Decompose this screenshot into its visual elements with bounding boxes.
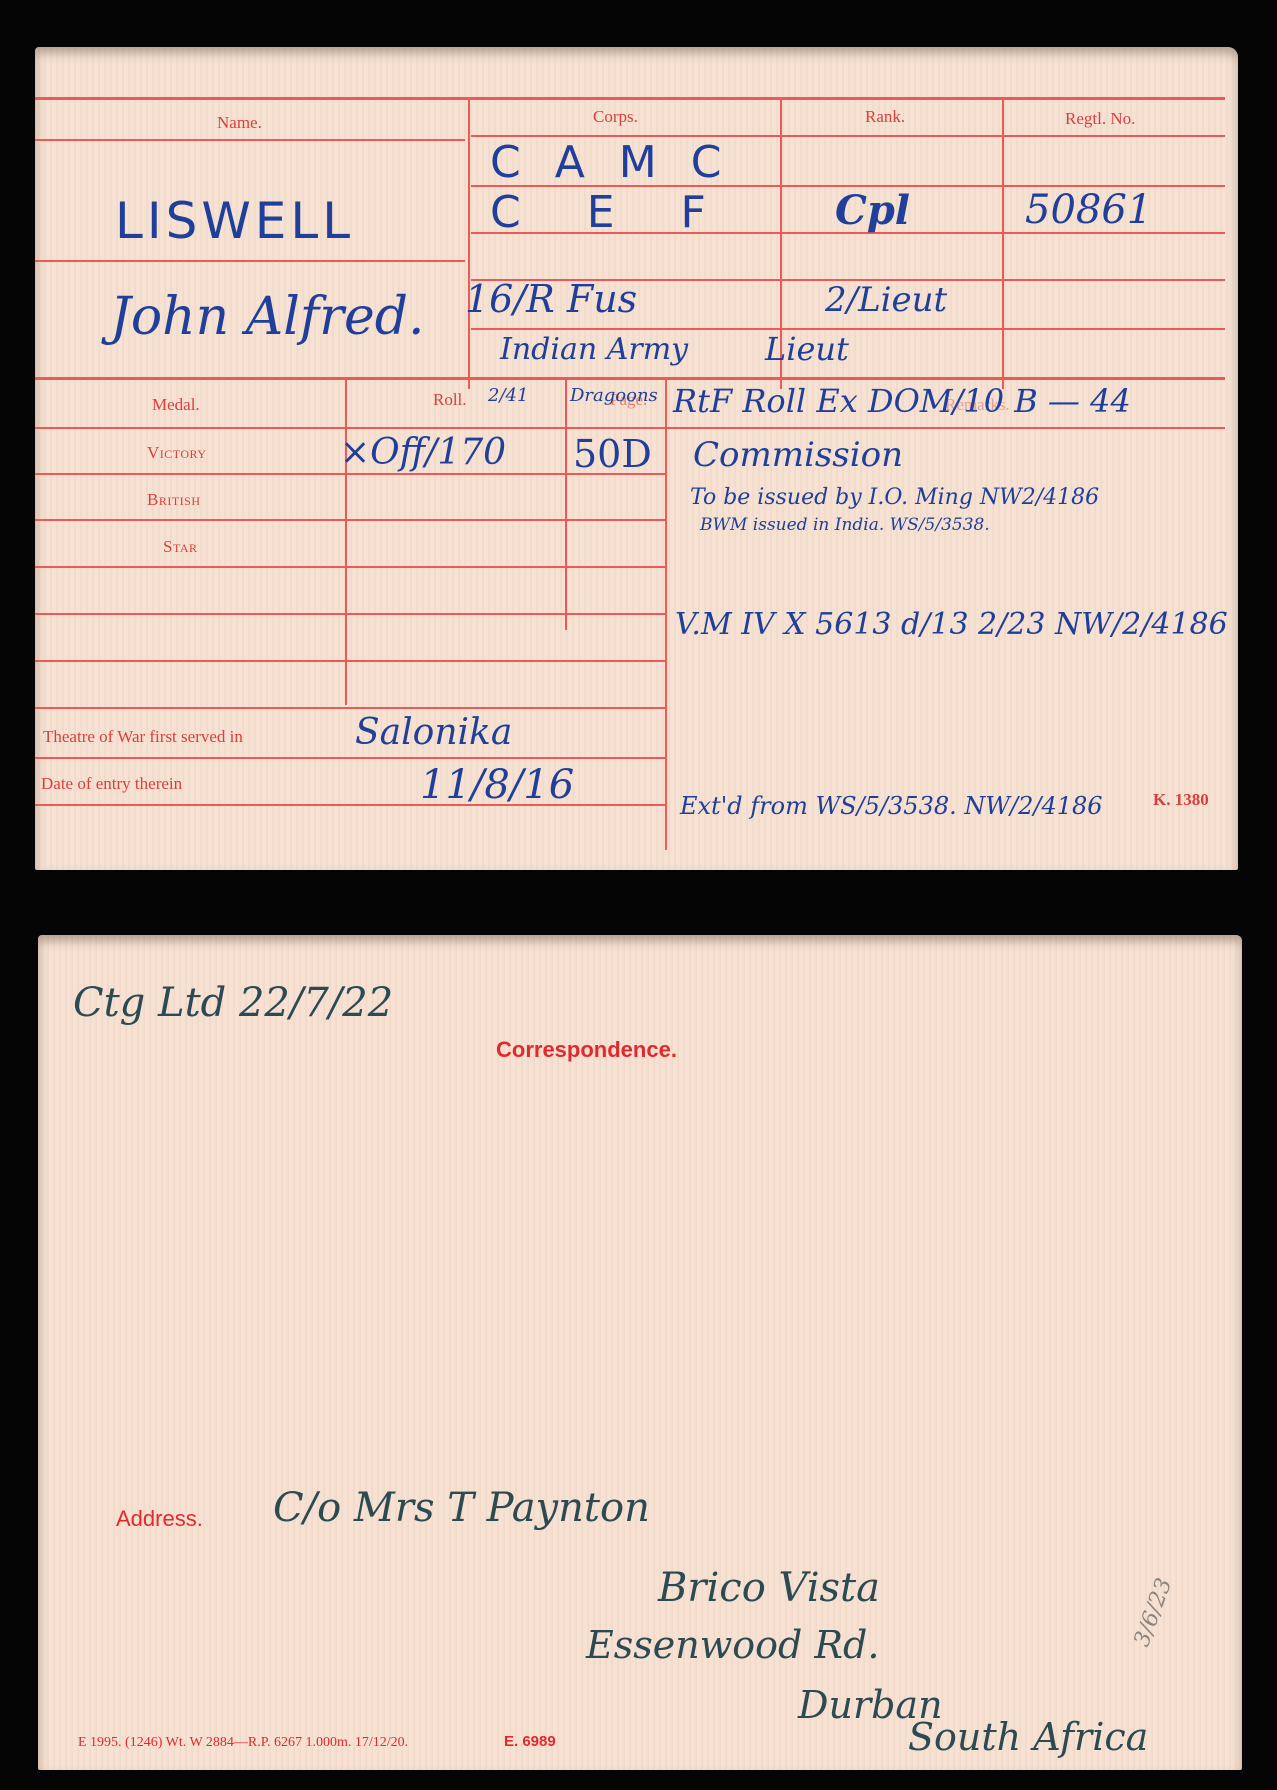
print-line: E 1995. (1246) Wt. W 2884—R.P. 6267 1.00… (78, 1735, 408, 1751)
rank-line-1: Cpl (835, 187, 910, 234)
regtl-no-label: Regtl. No. (1065, 109, 1135, 129)
corps-line-2: C E F (490, 187, 732, 238)
corps-line-4: Indian Army (500, 332, 688, 367)
roll-label: Roll. (433, 390, 467, 410)
address-line-1: C/o Mrs T Paynton (273, 1485, 650, 1531)
theatre-value: Salonika (355, 712, 512, 753)
back-annotation: Ctg Ltd 22/7/22 (73, 980, 393, 1026)
theatre-label: Theatre of War first served in (43, 727, 243, 747)
rule (35, 566, 665, 568)
medal-index-card-front: Name. Corps. Rank. Regtl. No. LISWELL Jo… (35, 47, 1238, 870)
correspondence-label: Correspondence. (496, 1037, 677, 1063)
roll-annotation: 2/41 (488, 385, 528, 406)
medal-star: Star (163, 537, 198, 557)
rank-label: Rank. (865, 107, 905, 127)
remarks-line-5: V.M IV X 5613 d/13 2/23 NW/2/4186 (675, 607, 1228, 642)
rule (35, 139, 465, 141)
rule (35, 260, 465, 262)
regtl-no: 50861 (1025, 187, 1152, 233)
pencil-note: 3/6/23 (1130, 1575, 1178, 1650)
footer-note: Ext'd from WS/5/3538. NW/2/4186 (680, 792, 1103, 820)
corps-line-1: C A M C (490, 137, 731, 188)
print-code: E. 6989 (504, 1733, 556, 1750)
form-code: K. 1380 (1153, 790, 1209, 810)
medal-victory: Victory (147, 443, 207, 463)
rule (35, 473, 665, 475)
date-of-entry-value: 11/8/16 (420, 762, 574, 808)
address-line-5: South Africa (908, 1715, 1148, 1759)
page-value: 50D (573, 432, 652, 476)
corps-label: Corps. (593, 107, 638, 127)
surname: LISWELL (115, 192, 354, 250)
remarks-line-3: To be issued by I.O. Ming NW2/4186 (690, 485, 1099, 510)
rule (35, 660, 665, 662)
medal-index-card-back: Ctg Ltd 22/7/22 Correspondence. Address.… (38, 935, 1242, 1770)
corps-line-3: 16/R Fus (465, 277, 637, 321)
remarks-line-1: RtF Roll Ex DOM/10 B — 44 (673, 382, 1131, 420)
rank-line-3: Lieut (765, 330, 849, 368)
rule (35, 427, 1225, 429)
rank-line-2: 2/Lieut (825, 280, 947, 320)
address-line-3: Essenwood Rd. (586, 1623, 879, 1667)
remarks-line-2: Commission (693, 435, 903, 475)
medal-label: Medal. (152, 395, 200, 415)
roll-value: ×Off/170 (340, 432, 506, 473)
rule (35, 377, 1225, 380)
rule (35, 97, 1225, 100)
name-label: Name. (217, 113, 262, 133)
column-divider (565, 380, 567, 630)
column-divider (468, 99, 470, 389)
date-of-entry-label: Date of entry therein (41, 774, 182, 794)
address-label: Address. (116, 1506, 203, 1532)
column-divider (1002, 99, 1004, 389)
column-divider (665, 380, 667, 850)
address-line-2: Brico Vista (658, 1565, 880, 1611)
page-annotation: Dragoons (570, 385, 658, 406)
remarks-line-4: BWM issued in India. WS/5/3538. (700, 515, 990, 535)
medal-british: British (147, 490, 201, 510)
rule (35, 707, 665, 709)
rule (35, 613, 665, 615)
given-names: John Alfred. (110, 287, 425, 347)
rule (35, 757, 665, 759)
rule (35, 519, 665, 521)
